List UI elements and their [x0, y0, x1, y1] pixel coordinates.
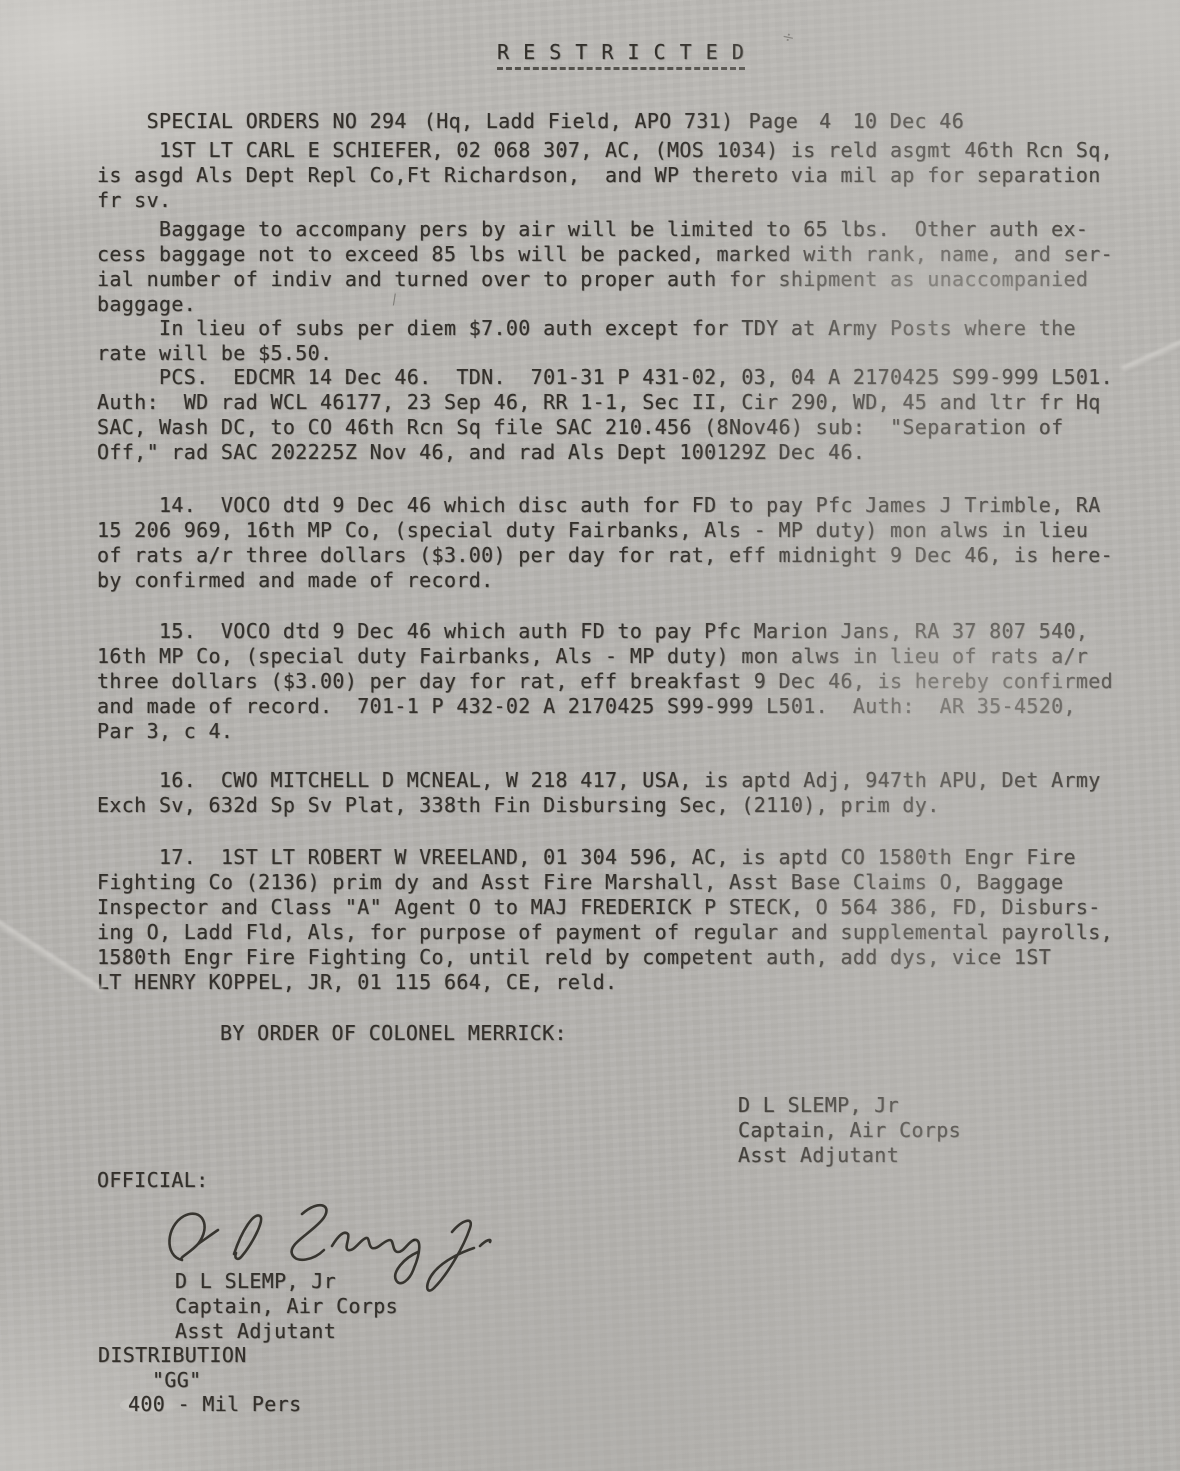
text-line: fr sv.	[97, 188, 1113, 213]
text-line: by confirmed and made of record.	[97, 568, 1113, 593]
pencil-mark: ÷	[780, 27, 796, 47]
page-number: 4	[819, 109, 831, 134]
distribution-label: DISTRIBUTION	[98, 1343, 247, 1368]
signer-name: D L SLEMP, Jr	[738, 1093, 961, 1118]
signer-rank: Captain, Air Corps	[738, 1118, 961, 1143]
text-line: three dollars ($3.00) per day for rat, e…	[97, 669, 1113, 694]
text-line: 1580th Engr Fire Fighting Co, until reld…	[97, 945, 1113, 970]
issuing-office: (Hq, Ladd Field, APO 731)	[424, 109, 734, 134]
text-line: baggage.	[97, 292, 1113, 317]
orders-number: SPECIAL ORDERS NO 294	[147, 109, 407, 134]
text-line: ing O, Ladd Fld, Als, for purpose of pay…	[97, 920, 1113, 945]
text-line: Exch Sv, 632d Sp Sv Plat, 338th Fin Disb…	[97, 793, 1101, 818]
text-line: Par 3, c 4.	[97, 719, 1113, 744]
text-line: Fighting Co (2136) prim dy and Asst Fire…	[97, 870, 1113, 895]
paragraph-per-diem: In lieu of subs per diem $7.00 auth exce…	[97, 316, 1076, 366]
text-line: 15. VOCO dtd 9 Dec 46 which auth FD to p…	[97, 619, 1113, 644]
text-line: SAC, Wash DC, to CO 46th Rcn Sq file SAC…	[97, 415, 1113, 440]
paragraph-schiefer-separation: 1ST LT CARL E SCHIEFER, 02 068 307, AC, …	[97, 138, 1113, 213]
text-line: LT HENRY KOPPEL, JR, 01 115 664, CE, rel…	[97, 970, 1113, 995]
text-line: 14. VOCO dtd 9 Dec 46 which disc auth fo…	[97, 493, 1113, 518]
typed-signer-name: D L SLEMP, Jr	[175, 1269, 398, 1294]
signature-block-typed: D L SLEMP, Jr Captain, Air Corps Asst Ad…	[175, 1269, 398, 1344]
paragraph-baggage-limits: Baggage to accompany pers by air will be…	[97, 217, 1113, 317]
paragraph-15-jans: 15. VOCO dtd 9 Dec 46 which auth FD to p…	[97, 619, 1113, 744]
text-line: 15 206 969, 16th MP Co, (special duty Fa…	[97, 518, 1113, 543]
text-line: 1ST LT CARL E SCHIEFER, 02 068 307, AC, …	[97, 138, 1113, 163]
by-order-line: BY ORDER OF COLONEL MERRICK:	[220, 1021, 567, 1046]
text-line: is asgd Als Dept Repl Co,Ft Richardson, …	[97, 163, 1113, 188]
orders-date: 10 Dec 46	[853, 109, 965, 134]
signature-block-right: D L SLEMP, Jr Captain, Air Corps Asst Ad…	[738, 1093, 961, 1168]
text-line: ial number of indiv and turned over to p…	[97, 267, 1113, 292]
text-line: Auth: WD rad WCL 46177, 23 Sep 46, RR 1-…	[97, 390, 1113, 415]
typed-signer-title: Asst Adjutant	[175, 1319, 398, 1344]
text-line: Inspector and Class "A" Agent O to MAJ F…	[97, 895, 1113, 920]
official-label: OFFICIAL:	[97, 1168, 209, 1193]
typed-signer-rank: Captain, Air Corps	[175, 1294, 398, 1319]
text-line: 16. CWO MITCHELL D MCNEAL, W 218 417, US…	[97, 768, 1101, 793]
distribution-copies: 400 - Mil Pers	[128, 1392, 301, 1417]
text-line: of rats a/r three dollars ($3.00) per da…	[97, 543, 1113, 568]
paper-crease-bottom-left	[0, 917, 104, 996]
classification-banner: R E S T R I C T E D	[497, 40, 745, 70]
text-line: 17. 1ST LT ROBERT W VREELAND, 01 304 596…	[97, 845, 1113, 870]
text-line: 16th MP Co, (special duty Fairbanks, Als…	[97, 644, 1113, 669]
text-line: rate will be $5.50.	[97, 341, 1076, 366]
paragraph-pcs-authority: PCS. EDCMR 14 Dec 46. TDN. 701-31 P 431-…	[97, 365, 1113, 465]
text-line: cess baggage not to exceed 85 lbs will b…	[97, 242, 1113, 267]
page-label: Page	[749, 109, 799, 134]
paragraph-16-mcneal: 16. CWO MITCHELL D MCNEAL, W 218 417, US…	[97, 768, 1101, 818]
scanned-document-page: R E S T R I C T E D SPECIAL ORDERS NO 29…	[0, 0, 1180, 1471]
distribution-code: "GG"	[152, 1368, 202, 1393]
text-line: Off," rad SAC 202225Z Nov 46, and rad Al…	[97, 440, 1113, 465]
text-line: In lieu of subs per diem $7.00 auth exce…	[97, 316, 1076, 341]
text-line: PCS. EDCMR 14 Dec 46. TDN. 701-31 P 431-…	[97, 365, 1113, 390]
paragraph-14-trimble: 14. VOCO dtd 9 Dec 46 which disc auth fo…	[97, 493, 1113, 593]
text-line: and made of record. 701-1 P 432-02 A 217…	[97, 694, 1113, 719]
signer-title: Asst Adjutant	[738, 1143, 961, 1168]
paper-crease-right	[1121, 338, 1180, 375]
text-line: Baggage to accompany pers by air will be…	[97, 217, 1113, 242]
paragraph-17-vreeland: 17. 1ST LT ROBERT W VREELAND, 01 304 596…	[97, 845, 1113, 995]
